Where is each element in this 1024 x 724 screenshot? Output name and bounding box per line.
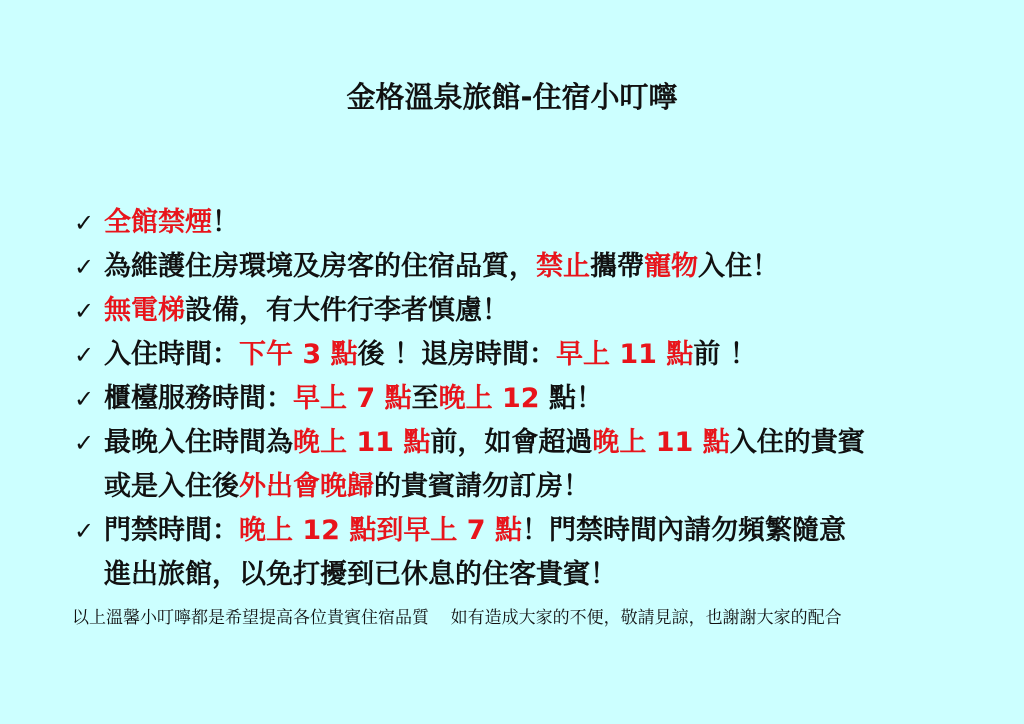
highlighted-text: 下午 3 點 <box>239 339 358 370</box>
rule-line: 全館禁煙！ <box>104 201 994 245</box>
rule-text: 櫃檯服務時間： <box>104 383 293 414</box>
highlighted-text: 全館禁煙 <box>104 207 212 238</box>
highlighted-text: 禁止 <box>536 251 590 282</box>
page-title: 金格溫泉旅館-住宿小叮嚀 <box>0 77 1024 117</box>
rule-item: ✓全館禁煙！ <box>74 201 994 245</box>
rule-line: 最晚入住時間為晚上 11 點前，如會超過晚上 11 點入住的貴賓 <box>104 421 994 465</box>
rule-item: ✓門禁時間：晚上 12 點到早上 7 點！門禁時間內請勿頻繁隨意進出旅館，以免打… <box>74 509 994 597</box>
checkmark-icon: ✓ <box>74 333 100 377</box>
checkmark-icon: ✓ <box>74 289 100 333</box>
highlighted-text: 外出會晚歸 <box>239 471 374 502</box>
rule-item: ✓櫃檯服務時間：早上 7 點至晚上 12 點！ <box>74 377 994 421</box>
rule-text: ！ <box>212 207 239 238</box>
rule-line: 進出旅館，以免打擾到已休息的住客貴賓！ <box>104 553 994 597</box>
rule-line: 或是入住後外出會晚歸的貴賓請勿訂房！ <box>104 465 994 509</box>
rule-text: 或是入住後 <box>104 471 239 502</box>
house-rules-list: ✓全館禁煙！✓為維護住房環境及房客的住宿品質，禁止攜帶寵物入住！✓無電梯設備，有… <box>74 201 994 597</box>
rule-text: ！門禁時間內請勿頻繁隨意 <box>522 515 846 546</box>
rule-line: 為維護住房環境及房客的住宿品質，禁止攜帶寵物入住！ <box>104 245 994 289</box>
rule-text: 為維護住房環境及房客的住宿品質， <box>104 251 536 282</box>
rule-text: 的貴賓請勿訂房！ <box>374 471 590 502</box>
footer-note: 以上溫馨小叮嚀都是希望提高各位貴賓住宿品質 如有造成大家的不便，敬請見諒，也謝謝… <box>72 606 1012 630</box>
highlighted-text: 寵物 <box>644 251 698 282</box>
rule-text: 入住！ <box>698 251 779 282</box>
rule-item: ✓入住時間：下午 3 點後 ！退房時間：早上 11 點前 ！ <box>74 333 994 377</box>
rule-text: 入住時間： <box>104 339 239 370</box>
rule-item: ✓最晚入住時間為晚上 11 點前，如會超過晚上 11 點入住的貴賓或是入住後外出… <box>74 421 994 509</box>
rule-line: 無電梯設備，有大件行李者慎慮！ <box>104 289 994 333</box>
rule-text: 門禁時間： <box>104 515 239 546</box>
highlighted-text: 晚上 11 點 <box>293 427 430 458</box>
highlighted-text: 晚上 12 點到早上 7 點 <box>239 515 522 546</box>
rule-text: 後 ！退房時間： <box>358 339 556 370</box>
rule-text: 攜帶 <box>590 251 644 282</box>
rule-text: 至 <box>412 383 439 414</box>
rule-text: 最晚入住時間為 <box>104 427 293 458</box>
rule-text: 點！ <box>540 383 603 414</box>
checkmark-icon: ✓ <box>74 509 100 553</box>
checkmark-icon: ✓ <box>74 245 100 289</box>
rule-text: 設備，有大件行李者慎慮！ <box>185 295 509 326</box>
rule-text: 入住的貴賓 <box>730 427 865 458</box>
rule-line: 櫃檯服務時間：早上 7 點至晚上 12 點！ <box>104 377 994 421</box>
rule-text: 前，如會超過 <box>430 427 592 458</box>
rule-text: 進出旅館，以免打擾到已休息的住客貴賓！ <box>104 559 617 590</box>
rule-line: 入住時間：下午 3 點後 ！退房時間：早上 11 點前 ！ <box>104 333 994 377</box>
checkmark-icon: ✓ <box>74 377 100 421</box>
checkmark-icon: ✓ <box>74 421 100 465</box>
rule-item: ✓為維護住房環境及房客的住宿品質，禁止攜帶寵物入住！ <box>74 245 994 289</box>
highlighted-text: 晚上 11 點 <box>592 427 729 458</box>
rule-item: ✓無電梯設備，有大件行李者慎慮！ <box>74 289 994 333</box>
rule-line: 門禁時間：晚上 12 點到早上 7 點！門禁時間內請勿頻繁隨意 <box>104 509 994 553</box>
highlighted-text: 早上 7 點 <box>293 383 412 414</box>
highlighted-text: 晚上 12 <box>439 383 540 414</box>
highlighted-text: 早上 11 點 <box>556 339 693 370</box>
rule-text: 前 ！ <box>693 339 756 370</box>
checkmark-icon: ✓ <box>74 201 100 245</box>
highlighted-text: 無電梯 <box>104 295 185 326</box>
